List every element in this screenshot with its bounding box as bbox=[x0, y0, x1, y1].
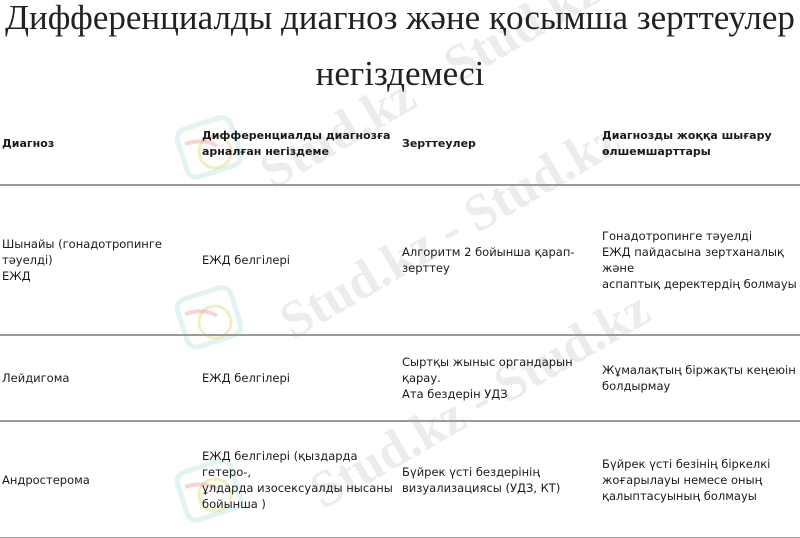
cell-rationale: ЕЖД белгілері bbox=[202, 336, 398, 420]
cell-text: Сыртқы жыныс органдарын қарау. Ата безде… bbox=[402, 354, 600, 402]
column-header-investigations: Зерттеулер bbox=[402, 104, 600, 184]
cell-text: ЕЖД белгілері bbox=[202, 252, 290, 268]
cell-investigations: Сыртқы жыныс органдарын қарау. Ата безде… bbox=[402, 336, 600, 420]
cell-text: Бүйрек үсті безінің біркелкі жоғарылауы … bbox=[602, 456, 770, 504]
cell-investigations: Бүйрек үсті бездерінің визуализациясы (У… bbox=[402, 422, 600, 537]
column-header-exclusion-criteria: Диагнозды жоққа шығару өлшемшарттары bbox=[602, 104, 798, 184]
column-header-label: Диагноз bbox=[2, 136, 54, 152]
column-header-diagnosis: Диагноз bbox=[2, 104, 198, 184]
cell-text: Алгоритм 2 бойынша қарап-зерттеу bbox=[402, 244, 600, 276]
cell-rationale: ЕЖД белгілері bbox=[202, 186, 398, 334]
table-header-row: Диагноз Дифференциалды диагнозға арналға… bbox=[0, 104, 800, 186]
column-header-rationale: Дифференциалды диагнозға арналған негізд… bbox=[202, 104, 398, 184]
cell-text: ЕЖД белгілері bbox=[202, 370, 290, 386]
cell-diagnosis: Лейдигома bbox=[2, 336, 198, 420]
cell-exclusion-criteria: Бүйрек үсті безінің біркелкі жоғарылауы … bbox=[602, 422, 798, 537]
column-header-label: Зерттеулер bbox=[402, 136, 476, 152]
cell-text: Лейдигома bbox=[2, 370, 69, 386]
column-header-label: Диагнозды жоққа шығару өлшемшарттары bbox=[602, 128, 772, 160]
cell-rationale: ЕЖД белгілері (қыздарда гетеро-, ұлдарда… bbox=[202, 422, 398, 537]
cell-text: Шынайы (гонадотропинге тәуелді) ЕЖД bbox=[2, 236, 198, 284]
page-title-line-1: Дифференциалды диагноз және қосымша зерт… bbox=[0, 0, 800, 35]
column-header-label: Дифференциалды диагнозға арналған негізд… bbox=[202, 128, 390, 160]
cell-investigations: Алгоритм 2 бойынша қарап-зерттеу bbox=[402, 186, 600, 334]
cell-exclusion-criteria: Гонадотропинге тәуелді ЕЖД пайдасына зер… bbox=[602, 186, 798, 334]
differential-diagnosis-table: Диагноз Дифференциалды диагнозға арналға… bbox=[0, 104, 800, 538]
cell-diagnosis: Андростерома bbox=[2, 422, 198, 537]
cell-text: Жұмалақтың біржақты кеңеюін болдырмау bbox=[602, 362, 796, 394]
page-title-line-2: негіздемесі bbox=[0, 56, 800, 91]
cell-exclusion-criteria: Жұмалақтың біржақты кеңеюін болдырмау bbox=[602, 336, 798, 420]
table-row: Шынайы (гонадотропинге тәуелді) ЕЖД ЕЖД … bbox=[0, 186, 800, 336]
cell-text: Гонадотропинге тәуелді ЕЖД пайдасына зер… bbox=[602, 228, 798, 292]
cell-diagnosis: Шынайы (гонадотропинге тәуелді) ЕЖД bbox=[2, 186, 198, 334]
cell-text: ЕЖД белгілері (қыздарда гетеро-, ұлдарда… bbox=[202, 448, 398, 512]
table-row: Андростерома ЕЖД белгілері (қыздарда гет… bbox=[0, 422, 800, 538]
table-row: Лейдигома ЕЖД белгілері Сыртқы жыныс орг… bbox=[0, 336, 800, 422]
cell-text: Бүйрек үсті бездерінің визуализациясы (У… bbox=[402, 464, 560, 496]
cell-text: Андростерома bbox=[2, 472, 90, 488]
